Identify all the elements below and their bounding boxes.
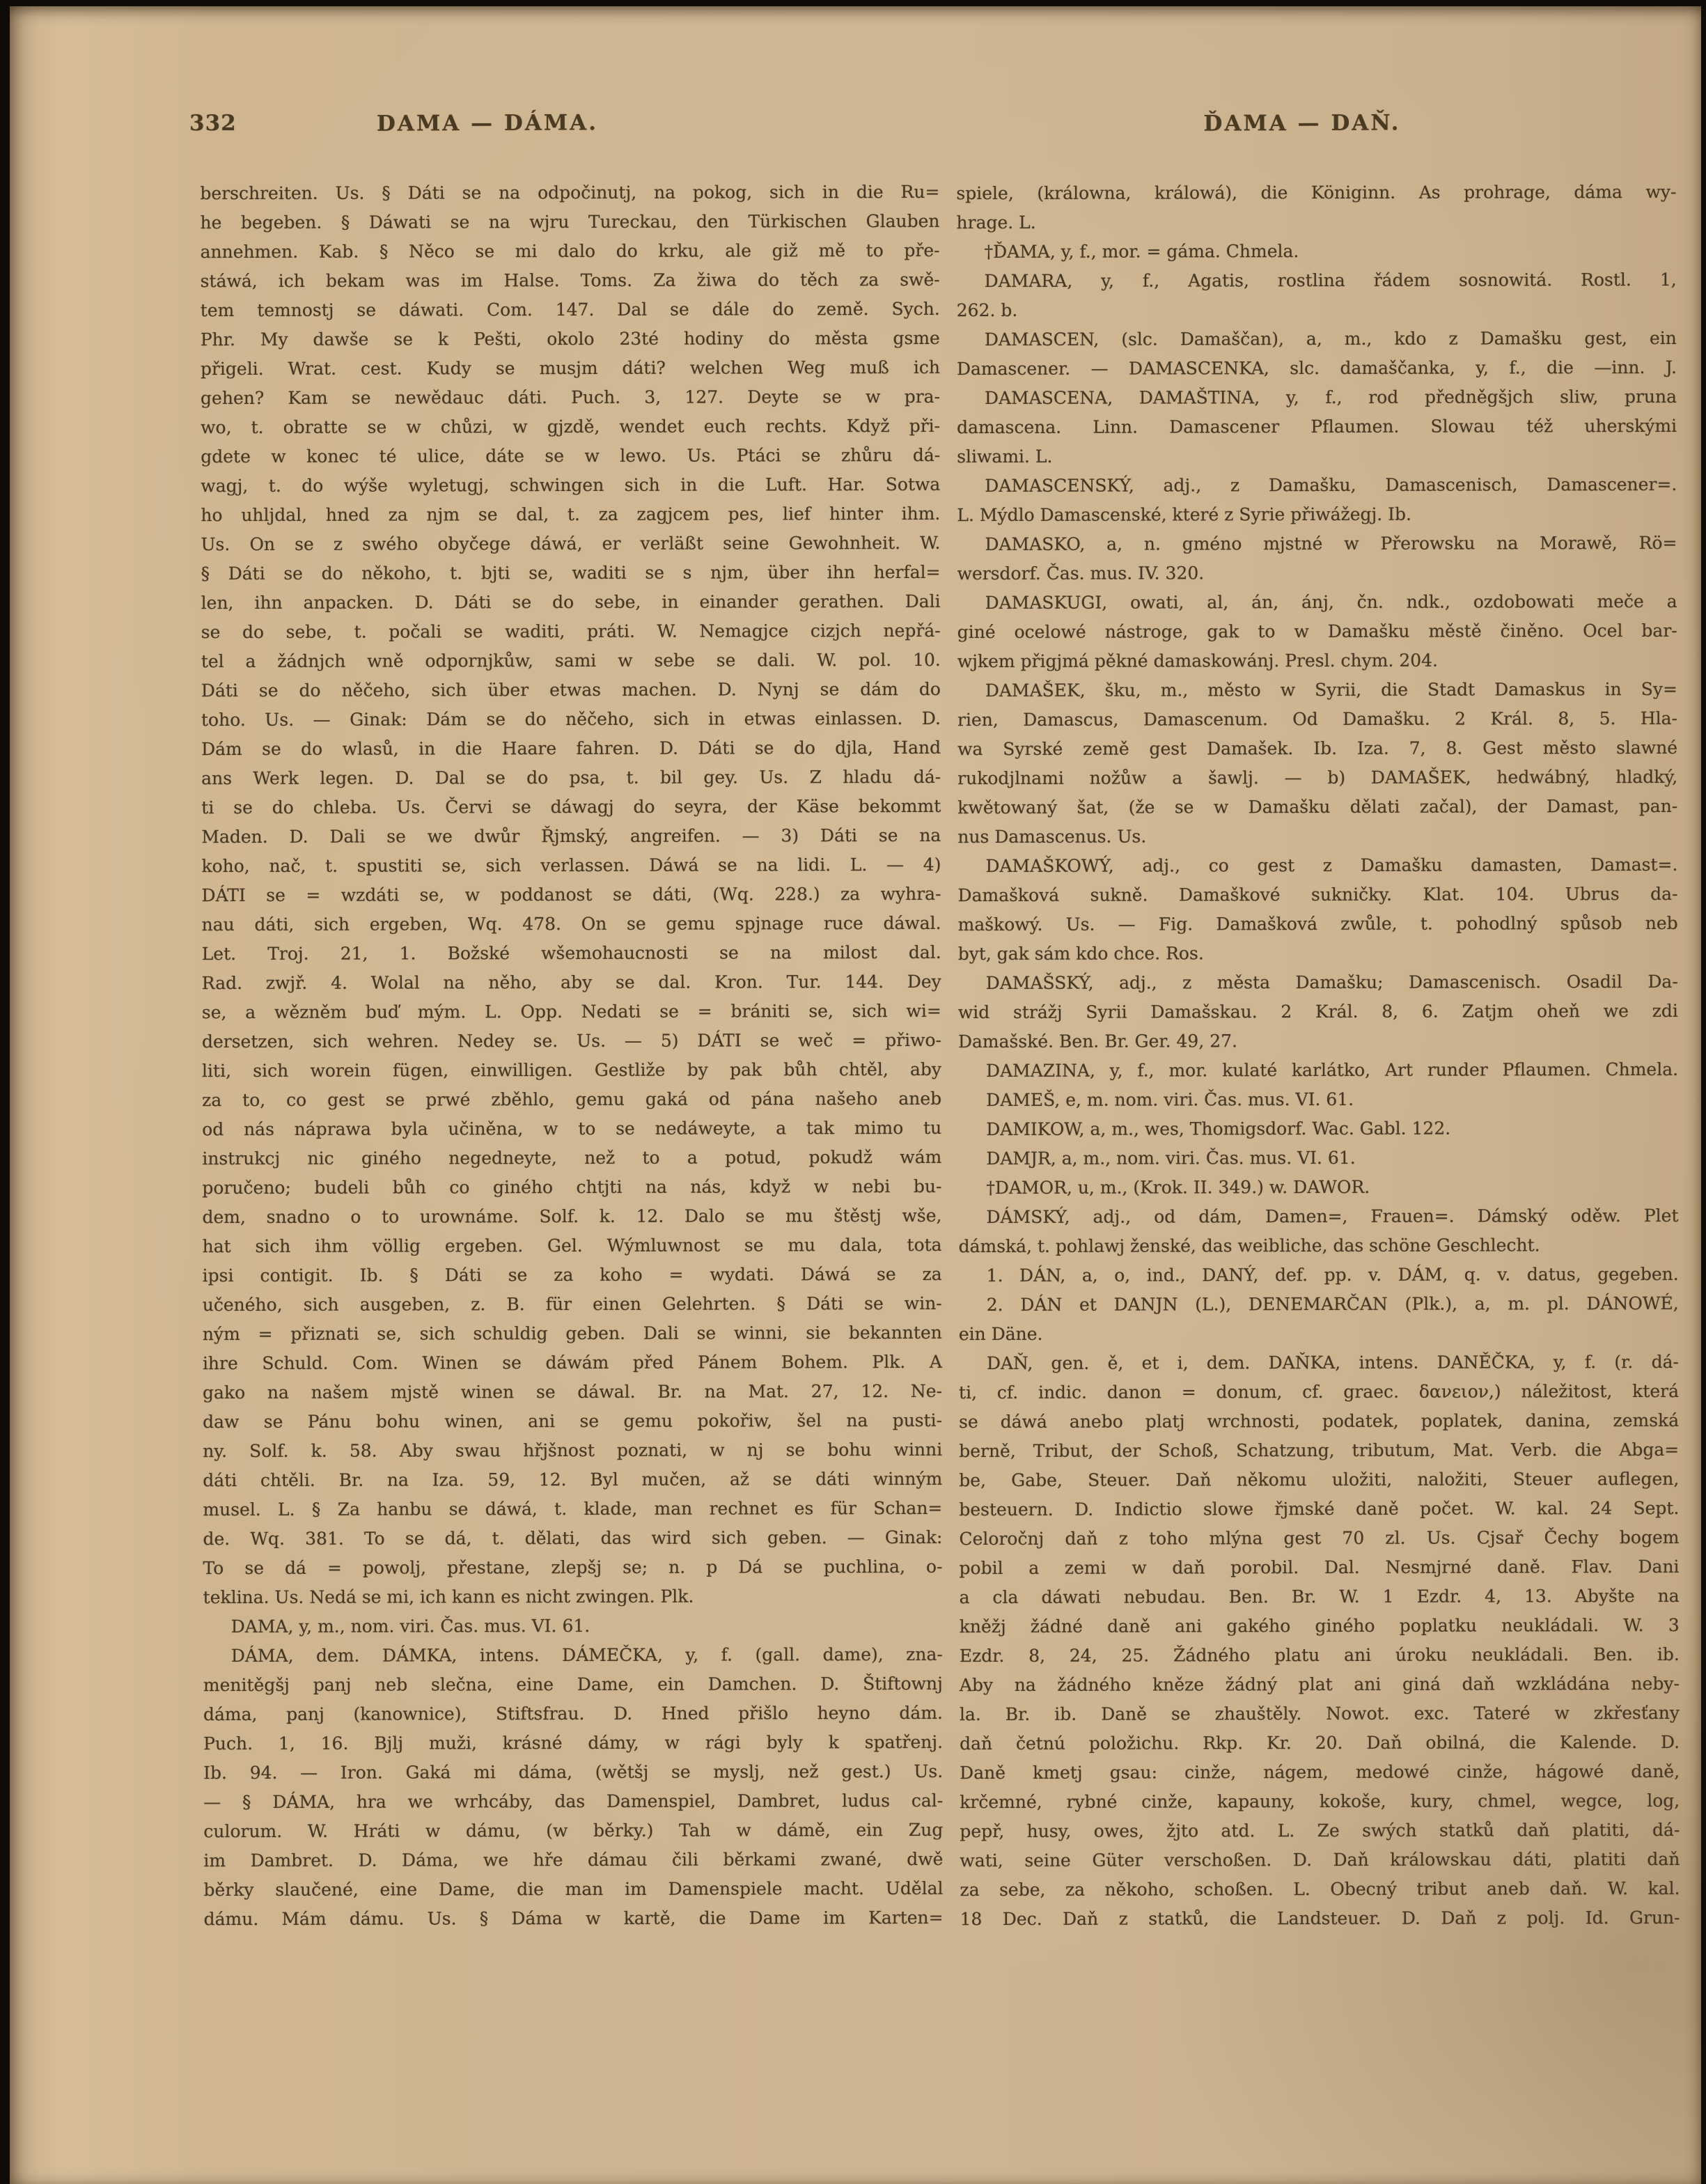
text-line: Puch. 1, 16. Bjlj muži, krásné dámy, w r… — [203, 1728, 943, 1758]
text-line: im Dambret. D. Dáma, we hře dámau čili b… — [203, 1845, 943, 1875]
text-line: kněžj žádné daně ani gakého giného popla… — [960, 1611, 1680, 1641]
text-line: dámská, t. pohlawj ženské, das weibliche… — [959, 1231, 1679, 1261]
text-line: — § DÁMA, hra we wrhcáby, das Damenspiel… — [203, 1786, 943, 1817]
page-number: 332 — [189, 111, 237, 136]
text-line: teklina. Us. Nedá se mi, ich kann es nic… — [203, 1582, 943, 1612]
text-line: kwětowaný šat, (že se w Damašku dělati z… — [957, 792, 1677, 822]
text-line: učeného, sich ausgeben, z. B. für einen … — [203, 1289, 942, 1320]
text-line: se do sebe, t. počali se waditi, práti. … — [201, 616, 941, 647]
text-line: Dám se do wlasů, in die Haare fahren. D.… — [201, 733, 941, 764]
text-line: †DAMOR, u, m., (Krok. II. 349.) w. DAWOR… — [958, 1172, 1678, 1203]
text-line: wjkem přigjmá pěkné damaskowánj. Presl. … — [957, 646, 1677, 676]
text-line: dáma, panj (kanownice), Stiftsfrau. D. H… — [203, 1699, 943, 1729]
text-line: wa Syrské země gest Damašek. Ib. Iza. 7,… — [957, 733, 1677, 764]
text-line: 1. DÁN, a, o, ind., DANÝ, def. pp. v. DÁ… — [959, 1260, 1679, 1290]
text-line: DAMAŠEK, šku, m., město w Syrii, die Sta… — [957, 675, 1677, 705]
text-line: DAMIKOW, a, m., wes, Thomigsdorf. Wac. G… — [958, 1114, 1678, 1144]
text-line: To se dá = powolj, přestane, zlepšj se; … — [203, 1552, 942, 1583]
text-line: Damascener. — DAMASCENKA, slc. damaščank… — [957, 353, 1677, 384]
text-line: ans Werk legen. D. Dal se do psa, t. bil… — [201, 763, 941, 793]
text-line: dáti chtěli. Br. na Iza. 59, 12. Byl muč… — [203, 1465, 942, 1495]
text-line: maškowý. Us. — Fig. Damašková zwůle, t. … — [958, 909, 1678, 939]
text-line: stáwá, ich bekam was im Halse. Toms. Za … — [201, 265, 940, 296]
text-line: za sebe, za někoho, schoßen. L. Obecný t… — [960, 1874, 1680, 1905]
text-line: 262. b. — [957, 295, 1677, 325]
text-line: giné ocelowé nástroge, gak to w Damašku … — [957, 616, 1677, 647]
text-line: DAMASCEN, (slc. Damaščan), a, m., kdo z … — [957, 324, 1677, 354]
text-line: ti se do chleba. Us. Červi se dáwagj do … — [201, 792, 941, 822]
text-line: ny. Solf. k. 58. Aby swau hřjšnost pozna… — [203, 1435, 942, 1466]
text-line: besteuern. D. Indictio slowe řjmské daně… — [959, 1494, 1679, 1524]
left-column: berschreiten. Us. § Dáti se na odpočinut… — [200, 178, 943, 1934]
text-line: annehmen. Kab. § Něco se mi dalo do krku… — [201, 236, 940, 267]
text-line: he begeben. § Dáwati se na wjru Tureckau… — [200, 207, 939, 237]
text-line: Damašské. Ben. Br. Ger. 49, 27. — [958, 1026, 1678, 1056]
text-line: ipsi contigit. Ib. § Dáti se za koho = w… — [203, 1260, 942, 1290]
text-line: wersdorf. Čas. mus. IV. 320. — [957, 558, 1677, 588]
text-line: DAMAZINA, y, f., mor. kulaté karlátko, A… — [958, 1055, 1678, 1086]
text-line: musel. L. § Za hanbu se dáwá, t. klade, … — [203, 1494, 942, 1524]
text-line: poručeno; budeli bůh co giného chtjti na… — [202, 1172, 941, 1203]
text-line: DAMA, y, m., nom. viri. Čas. mus. VI. 61… — [203, 1611, 943, 1641]
text-line: menitěgšj panj neb slečna, eine Dame, ei… — [203, 1669, 943, 1700]
text-line: DAMJR, a, m., nom. viri. Čas. mus. VI. 6… — [958, 1143, 1678, 1173]
text-line: Rad. zwjř. 4. Wolal na něho, aby se dal.… — [202, 967, 941, 998]
text-line: tem temnostj se dáwati. Com. 147. Dal se… — [201, 295, 940, 325]
text-line: běrky slaučené, eine Dame, die man im Da… — [203, 1874, 943, 1905]
text-line: †ĎAMA, y, f., mor. = gáma. Chmela. — [957, 236, 1677, 267]
text-line: Daně kmetj gsau: cinže, nágem, medowé ci… — [960, 1757, 1680, 1788]
text-line: byt, gak sám kdo chce. Ros. — [958, 938, 1678, 969]
right-column: spiele, (králowna, králowá), die Königin… — [956, 178, 1680, 1934]
text-line: Damašková sukně. Damaškové sukničky. Kla… — [957, 880, 1677, 910]
text-line: dersetzen, sich wehren. Nedey se. Us. — … — [202, 1026, 941, 1056]
text-line: Us. On se z swého obyčege dáwá, er verlä… — [201, 529, 940, 559]
text-line: Dáti se do něčeho, sich über etwas mache… — [201, 675, 941, 705]
text-line: Celoročnj daň z toho mlýna gest 70 zl. U… — [959, 1523, 1679, 1554]
text-line: Aby na žádného kněze žádný plat ani giná… — [960, 1669, 1680, 1700]
text-line: daň četnú položichu. Rkp. Kr. 20. Daň ob… — [960, 1728, 1680, 1758]
text-line: Phr. My dawše se k Pešti, okolo 23té hod… — [201, 324, 940, 354]
text-line: hat sich ihm völlig ergeben. Gel. Wýmluw… — [203, 1231, 942, 1261]
text-line: § Dáti se do někoho, t. bjti se, waditi … — [201, 558, 941, 588]
text-line: DAMASKUGI, owati, al, án, ánj, čn. ndk.,… — [957, 587, 1677, 618]
text-line: koho, nač, t. spustiti se, sich verlasse… — [201, 850, 941, 881]
text-line: ein Däne. — [959, 1318, 1679, 1349]
text-line: DÁMSKÝ, adj., od dám, Damen=, Frauen=. D… — [958, 1201, 1678, 1232]
text-line: la. Br. ib. Daně se zhauštěly. Nowot. ex… — [960, 1699, 1680, 1729]
text-line: wagj, t. do wýše wyletugj, schwingen sic… — [201, 470, 940, 501]
text-line: dem, snadno o to urownáme. Solf. k. 12. … — [202, 1201, 941, 1232]
book-page: 332 DAMA — DÁMA. ĎAMA — DAŇ. berschreite… — [10, 6, 1701, 2184]
text-line: gdete w konec té ulice, dáte se w lewo. … — [201, 441, 940, 471]
text-line: wid strážj Syrii Damašskau. 2 Král. 8, 6… — [958, 997, 1678, 1027]
text-line: ti, cf. indic. danon = donum, cf. graec.… — [959, 1377, 1679, 1407]
text-line: DÁMA, dem. DÁMKA, intens. DÁMEČKA, y, f.… — [203, 1640, 943, 1671]
text-line: se dáwá anebo platj wrchnosti, podatek, … — [959, 1406, 1679, 1437]
text-line: pepř, husy, owes, žjto atd. L. Ze swých … — [960, 1816, 1680, 1846]
text-line: ho uhljdal, hned za njm se dal, t. za za… — [201, 499, 940, 530]
text-line: rukodjlnami nožůw a šawlj. — b) DAMAŠEK,… — [957, 763, 1677, 793]
text-line: gehen? Kam se newědauc dáti. Puch. 3, 12… — [201, 382, 940, 413]
text-line: pobil a zemi w daň porobil. Dal. Nesmjrn… — [959, 1552, 1679, 1583]
text-line: rien, Damascus, Damascenum. Od Damašku. … — [957, 704, 1677, 735]
text-line: wo, t. obratte se w chůzi, w gjzdě, wend… — [201, 412, 940, 442]
text-line: gako na našem mjstě winen se dáwal. Br. … — [203, 1377, 942, 1407]
text-line: DAMAŠKOWÝ, adj., co gest z Damašku damas… — [957, 850, 1677, 881]
text-line: DAMAŠSKÝ, adj., z města Damašku; Damasce… — [958, 967, 1678, 998]
text-line: ihre Schuld. Com. Winen se dáwám před Pá… — [203, 1348, 942, 1378]
text-line: DÁTI se = wzdáti se, w poddanost se dáti… — [201, 880, 941, 910]
running-head-left: DAMA — DÁMA. — [377, 110, 598, 136]
text-line: dámu. Mám dámu. Us. § Dáma w kartě, die … — [204, 1903, 944, 1934]
text-line: nus Damascenus. Us. — [957, 821, 1677, 852]
text-line: DAMASCENSKÝ, adj., z Damašku, Damascenis… — [957, 470, 1677, 501]
text-line: nau dáti, sich ergeben, Wq. 478. On se g… — [202, 909, 941, 939]
text-line: DAMARA, y, f., Agatis, rostlina řádem so… — [957, 265, 1677, 296]
text-line: toho. Us. — Ginak: Dám se do něčeho, sic… — [201, 704, 941, 735]
text-line: spiele, (králowna, králowá), die Königin… — [956, 178, 1676, 208]
text-line: berně, Tribut, der Schoß, Schatzung, tri… — [959, 1435, 1679, 1466]
text-line: berschreiten. Us. § Dáti se na odpočinut… — [200, 178, 939, 208]
text-line: sliwami. L. — [957, 441, 1677, 471]
text-line: se, a wězněm buď mým. L. Opp. Nedati se … — [202, 997, 941, 1027]
text-line: a cla dáwati nebudau. Ben. Br. W. 1 Ezdr… — [960, 1582, 1680, 1612]
text-line: liti, sich worein fügen, einwilligen. Ge… — [202, 1055, 941, 1086]
text-line: de. Wq. 381. To se dá, t. dělati, das wi… — [203, 1523, 942, 1554]
text-line: tel a žádnjch wně odpornjkůw, sami w seb… — [201, 646, 941, 676]
text-line: wati, seine Güter verschoßen. D. Daň krá… — [960, 1845, 1680, 1875]
text-line: len, ihn anpacken. D. Dáti se do sebe, i… — [201, 587, 941, 618]
text-line: instrukcj nic giného negedneyte, než to … — [202, 1143, 941, 1173]
text-line: DAMASCENA, DAMAŠTINA, y, f., rod předněg… — [957, 382, 1677, 413]
text-line: 2. DÁN et DANJN (L.), DENEMARČAN (Plk.),… — [959, 1289, 1679, 1320]
running-head-right: ĎAMA — DAŇ. — [1203, 110, 1400, 136]
text-line: DAŇ, gen. ě, et i, dem. DAŇKA, intens. D… — [959, 1348, 1679, 1378]
text-line: hrage. L. — [956, 207, 1676, 237]
text-line: přigeli. Wrat. cest. Kudy se musjm dáti?… — [201, 353, 940, 384]
text-line: culorum. W. Hráti w dámu, (w běrky.) Tah… — [203, 1816, 943, 1846]
text-line: za to, co gest se prwé zběhlo, gemu gaká… — [202, 1084, 941, 1115]
text-line: Ezdr. 8, 24, 25. Žádného platu ani úroku… — [960, 1640, 1680, 1671]
text-line: od nás náprawa byla učiněna, w to se ned… — [202, 1114, 941, 1144]
text-line: DAMEŠ, e, m. nom. viri. Čas. mus. VI. 61… — [958, 1084, 1678, 1115]
text-line: ným = přiznati se, sich schuldig geben. … — [203, 1318, 942, 1349]
text-line: krčemné, rybné cinže, kapauny, kokoše, k… — [960, 1786, 1680, 1817]
text-line: L. Mýdlo Damascenské, které z Syrie přiw… — [957, 499, 1677, 530]
text-line: daw se Pánu bohu winen, ani se gemu poko… — [203, 1406, 942, 1437]
text-line: 18 Dec. Daň z statků, die Landsteuer. D.… — [960, 1903, 1680, 1934]
text-line: damascena. Linn. Damascener Pflaumen. Sl… — [957, 412, 1677, 442]
text-line: DAMASKO, a, n. gméno mjstné w Přerowsku … — [957, 529, 1677, 559]
text-line: be, Gabe, Steuer. Daň někomu uložiti, na… — [959, 1465, 1679, 1495]
text-line: Let. Troj. 21, 1. Božské wšemohaucnosti … — [202, 938, 941, 969]
text-line: Ib. 94. — Iron. Gaká mi dáma, (wětšj se … — [203, 1757, 943, 1788]
text-line: Maden. D. Dali se we dwůr Řjmský, angrei… — [201, 821, 941, 852]
